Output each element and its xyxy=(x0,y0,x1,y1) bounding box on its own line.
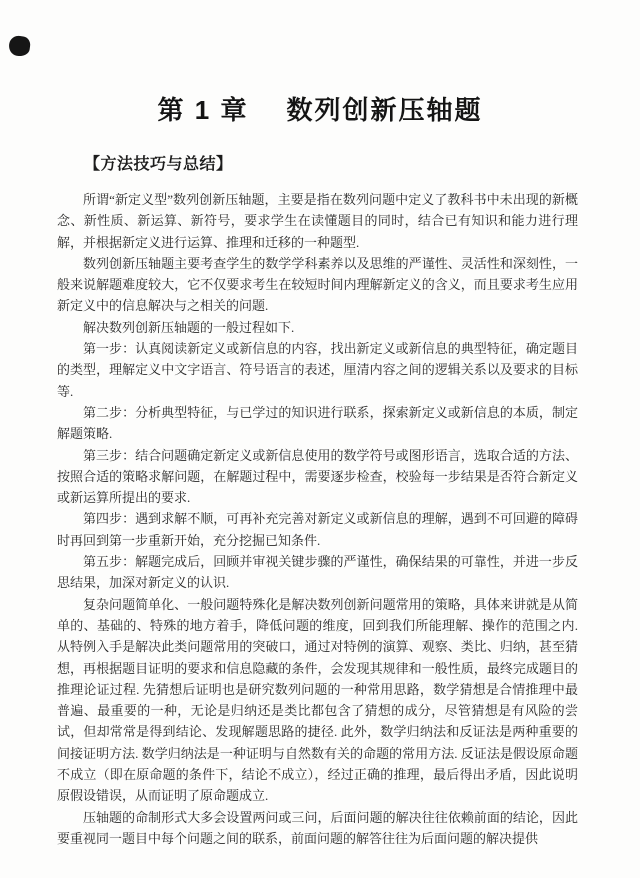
paragraph: 第五步：解题完成后，回顾并审视关键步骤的严谨性，确保结果的可靠性，并进一步反思结… xyxy=(57,551,578,594)
chapter-number-label: 第 1 章 xyxy=(158,95,249,125)
body-text: 所谓“新定义型”数列创新压轴题，主要是指在数列问题中定义了教科书中未出现的新概念… xyxy=(57,189,578,849)
paragraph: 第三步：结合问题确定新定义或新信息使用的数学符号或图形语言，选取合适的方法、按照… xyxy=(57,445,578,509)
paragraph: 数列创新压轴题主要考查学生的数学学科素养以及思维的严谨性、灵活性和深刻性，一般来… xyxy=(57,253,578,317)
paragraph: 第一步：认真阅读新定义或新信息的内容，找出新定义或新信息的典型特征，确定题目的类… xyxy=(57,338,578,402)
paragraph: 第四步：遇到求解不顺，可再补充完善对新定义或新信息的理解，遇到不可回避的障碍时再… xyxy=(57,508,578,551)
paragraph: 所谓“新定义型”数列创新压轴题，主要是指在数列问题中定义了教科书中未出现的新概念… xyxy=(57,189,578,253)
paragraph: 压轴题的命制形式大多会设置两问或三问，后面问题的解决往往依赖前面的结论，因此要重… xyxy=(57,807,578,850)
chapter-name: 数列创新压轴题 xyxy=(286,95,482,125)
paragraph: 复杂问题简单化、一般问题特殊化是解决数列创新问题常用的策略，具体来讲就是从简单的… xyxy=(57,594,578,807)
paragraph: 第二步：分析典型特征，与已学过的知识进行联系，探索新定义或新信息的本质，制定解题… xyxy=(57,402,578,445)
scan-artifact xyxy=(8,35,32,58)
book-page: 第 1 章数列创新压轴题 【方法技巧与总结】 所谓“新定义型”数列创新压轴题，主… xyxy=(0,0,640,878)
paragraph: 解决数列创新压轴题的一般过程如下. xyxy=(57,317,578,338)
chapter-title: 第 1 章数列创新压轴题 xyxy=(0,92,640,128)
section-heading: 【方法技巧与总结】 xyxy=(84,153,233,177)
